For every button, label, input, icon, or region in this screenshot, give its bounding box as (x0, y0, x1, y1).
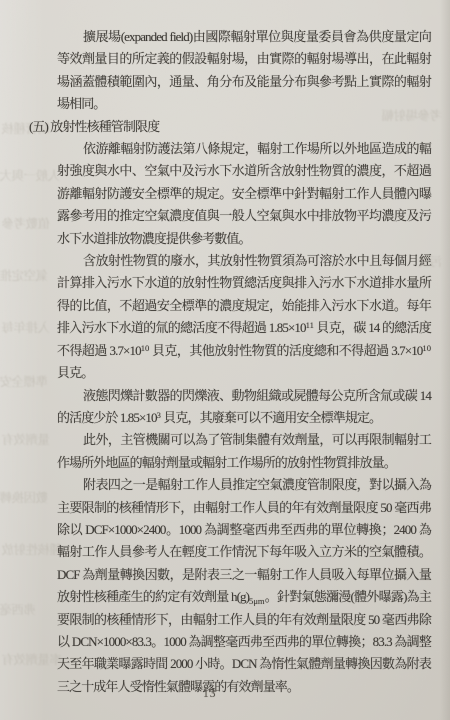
bleed-through-text: 入排年每 (2, 318, 50, 336)
section-heading: (五) 放射性核種管制限度 (29, 116, 431, 138)
superscript-exponent: 10 (141, 343, 150, 353)
text-run: 此外，主管機關可以為了管制集體有效劑量，可以再限制輻射工作場所外地區的輻射劑量或… (57, 432, 431, 469)
superscript-exponent: 11 (306, 320, 314, 330)
bleed-through-text: 值數考參 (2, 214, 50, 232)
bleed-through-text: 種核性射放 (2, 540, 62, 558)
scanned-document-page: 考參場射輻制管種核人般一與大值數考參污及氣空定推入排年每準標全安量劑效有數因換轉… (0, 0, 450, 720)
bleed-through-text: 氣空定推 (0, 266, 48, 284)
bleed-through-text: 人般一與大 (0, 166, 60, 184)
paragraph: 擴展場(expanded field)由國際輻射單位與度量委員會為供度量定向等效… (57, 26, 431, 116)
subscript-label: 5μm (249, 596, 265, 606)
paragraph: 附表四之一是輻射工作人員推定空氣濃度管制限度，對以攝入為主要限制的核種情形下，由… (57, 474, 431, 698)
document-text: 擴展場(expanded field)由國際輻射單位與度量委員會為供度量定向等效… (57, 26, 431, 698)
scan-edge-shadow (440, 0, 450, 720)
paragraph: 液態閃爍計數器的閃爍液、動物組織或屍體每公克所含氚或碳 14 的活度少於 1.8… (57, 385, 431, 430)
text-run: 貝克，其廢棄可以不適用安全標準規定。 (161, 410, 381, 425)
superscript-exponent: 3 (157, 410, 161, 420)
text-run: 。針對氣態瀰漫(體外曝露)為主要限制的核種情形下，由輻射工作人員的年有效劑量限度… (57, 589, 431, 694)
text-run: (五) 放射性核種管制限度 (29, 119, 159, 134)
text-run: 貝克。 (57, 365, 93, 380)
paragraph: 依游離輻射防護法第八條規定，輻射工作場所以外地區造成的輻射強度與水中、空氣中及污… (57, 138, 431, 250)
page-number: 13 (203, 688, 217, 700)
text-run: 貝克，其他放射性物質的活度總和不得超過 3.7×10 (149, 343, 422, 358)
paragraph: 含放射性物質的廢水，其放射性物質須為可溶於水中且每個月經計算排入污水下水道的放射… (57, 250, 431, 384)
bleed-through-text: 率量劑效有 (2, 650, 62, 668)
bleed-through-text: 數因換轉 (0, 488, 48, 506)
text-run: 附表四之一是輻射工作人員推定空氣濃度管制限度，對以攝入為主要限制的核種情形下，由… (57, 477, 431, 604)
text-run: 依游離輻射防護法第八條規定，輻射工作場所以外地區造成的輻射強度與水中、空氣中及污… (57, 141, 431, 246)
text-run: 擴展場(expanded field)由國際輻射單位與度量委員會為供度量定向等效… (57, 29, 431, 111)
bleed-through-text: 量劑效有 (2, 430, 50, 448)
superscript-exponent: 10 (422, 343, 431, 353)
bleed-through-text: 準標全安 (0, 372, 48, 390)
bleed-through-text: 弗西毫 (0, 600, 36, 618)
paragraph: 此外，主管機關可以為了管制集體有效劑量，可以再限制輻射工作場所外地區的輻射劑量或… (57, 429, 431, 474)
